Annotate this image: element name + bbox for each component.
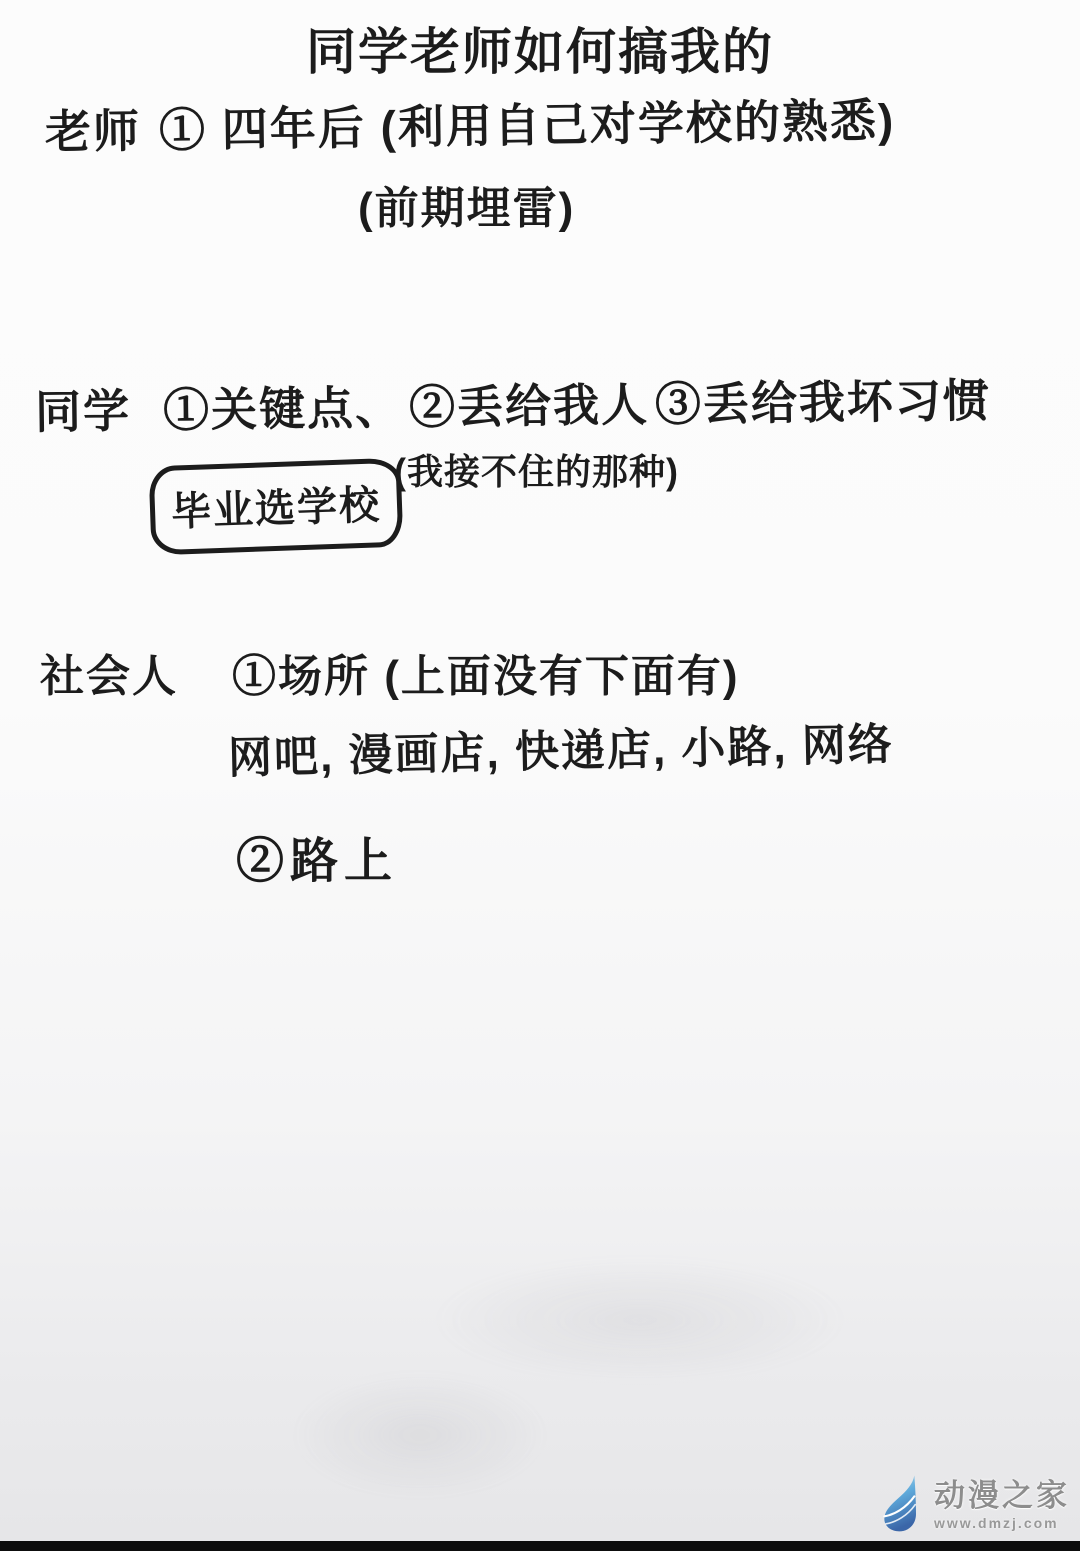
society-places: 网吧, 漫画店, 快递店, 小路, 网络: [227, 708, 894, 786]
watermark: 动漫之家 www.dmzj.com: [876, 1472, 1070, 1539]
watermark-site-url: www.dmzj.com: [934, 1515, 1059, 1531]
classmates-note: (我接不住的那种): [394, 444, 679, 495]
teacher-label: 老师: [45, 105, 142, 158]
boxed-note: 毕业选学校: [149, 458, 404, 556]
dmzj-droplet-logo-icon: [876, 1472, 926, 1539]
watermark-site-name: 动漫之家: [934, 1480, 1070, 1513]
teacher-point-1: ① 四年后 (利用自己对学校的熟悉): [159, 94, 896, 156]
society-section-line: 社会人①场所 (上面没有下面有): [40, 640, 740, 704]
teacher-note: (前期埋雷): [358, 172, 575, 236]
watermark-text-block: 动漫之家 www.dmzj.com: [934, 1480, 1070, 1531]
teacher-section-line: 老师① 四年后 (利用自己对学校的熟悉): [45, 84, 896, 162]
classmates-point-3: ③丢给我坏习惯: [655, 374, 992, 430]
society-label: 社会人: [40, 652, 178, 701]
classmates-section-line: 同学①关键点、②丢给我人③丢给我坏习惯: [35, 364, 992, 442]
society-point-2: ②路上: [236, 822, 398, 891]
bottom-letterbox-bar: [0, 1541, 1080, 1551]
classmates-label: 同学: [35, 385, 132, 438]
classmates-point-2: ②丢给我人: [409, 379, 650, 434]
bleedthrough-smudge: [430, 1255, 850, 1385]
scanned-note-page: 同学老师如何搞我的 老师① 四年后 (利用自己对学校的熟悉) (前期埋雷) 同学…: [0, 0, 1080, 1551]
society-point-1: ①场所 (上面没有下面有): [232, 652, 740, 701]
page-title: 同学老师如何搞我的: [0, 12, 1080, 84]
bleedthrough-smudge: [290, 1370, 550, 1500]
classmates-point-1: ①关键点、: [163, 382, 404, 437]
